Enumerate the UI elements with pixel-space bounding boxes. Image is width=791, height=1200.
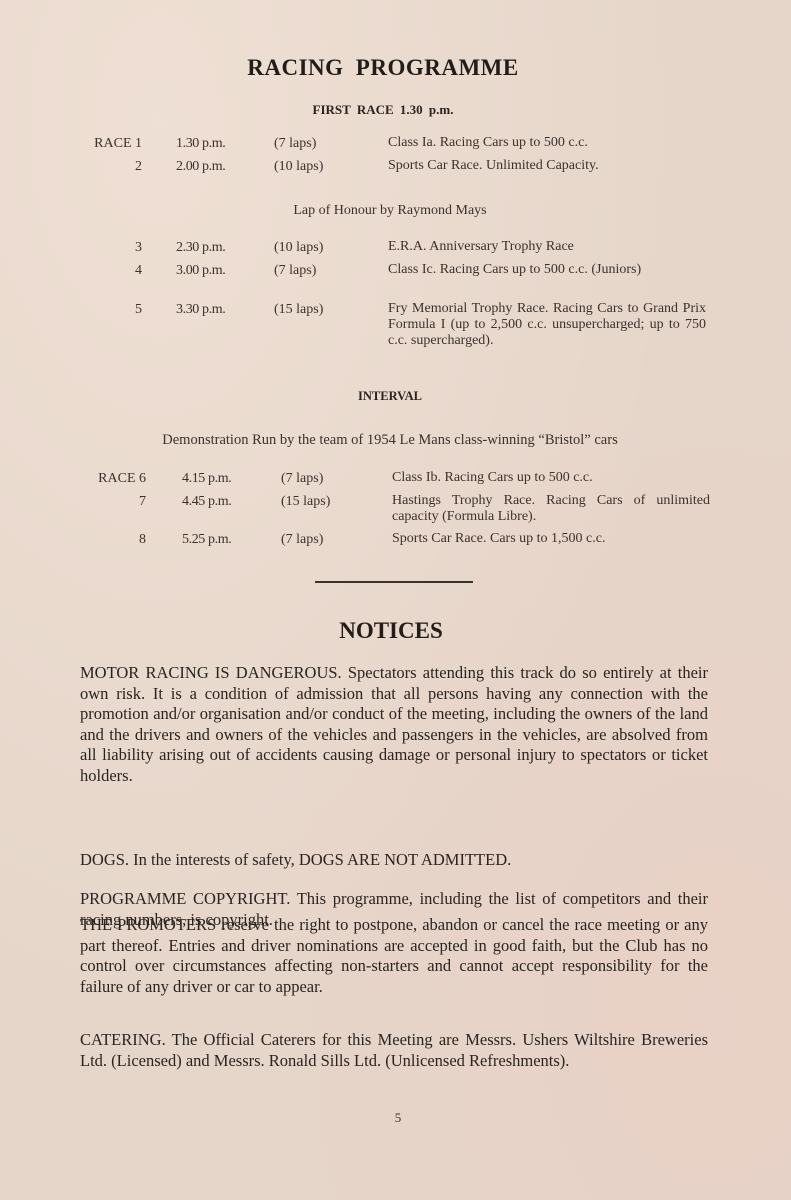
notices-heading: NOTICES: [0, 618, 782, 644]
race-time: 2.30 p.m.: [176, 239, 256, 256]
race-description: Sports Car Race. Unlimited Capacity.: [388, 158, 706, 174]
race-laps: (10 laps): [274, 239, 364, 256]
race-laps: (7 laps): [274, 262, 364, 279]
race-laps: (10 laps): [274, 158, 364, 175]
race-laps: (7 laps): [274, 135, 364, 152]
race-number: 7: [80, 493, 146, 510]
notice-dogs: DOGS. In the interests of safety, DOGS A…: [80, 850, 708, 871]
race-time: 5.25 p.m.: [182, 531, 262, 548]
race-number: RACE 6: [80, 470, 146, 487]
race-laps: (15 laps): [281, 493, 371, 510]
section-divider: [315, 581, 473, 583]
race-description: E.R.A. Anniversary Trophy Race: [388, 239, 706, 255]
race-time: 4.45 p.m.: [182, 493, 262, 510]
race-time: 2.00 p.m.: [176, 158, 256, 175]
race-laps: (15 laps): [274, 301, 364, 318]
race-description: Class Ic. Racing Cars up to 500 c.c. (Ju…: [388, 262, 706, 278]
race-number: 4: [72, 262, 142, 279]
interval-heading: INTERVAL: [0, 389, 780, 404]
race-number: 2: [72, 158, 142, 175]
race-time: 1.30 p.m.: [176, 135, 256, 152]
page-number: 5: [0, 1110, 791, 1126]
notice-catering: CATERING. The Official Caterers for this…: [80, 1030, 708, 1071]
race-description: Sports Car Race. Cars up to 1,500 c.c.: [392, 531, 710, 547]
notice-motor-racing-dangerous: MOTOR RACING IS DANGEROUS. Spectators at…: [80, 663, 708, 786]
programme-page: RACING PROGRAMME FIRST RACE 1.30 p.m. RA…: [0, 0, 791, 1200]
race-description: Fry Memorial Trophy Race. Racing Cars to…: [388, 301, 706, 349]
race-description: Class Ia. Racing Cars up to 500 c.c.: [388, 135, 706, 151]
page-title: RACING PROGRAMME: [0, 55, 766, 81]
first-race-time: FIRST RACE 1.30 p.m.: [0, 102, 766, 118]
race-time: 4.15 p.m.: [182, 470, 262, 487]
race-description: Hastings Trophy Race. Racing Cars of unl…: [392, 493, 710, 525]
demonstration-note: Demonstration Run by the team of 1954 Le…: [0, 432, 780, 449]
lap-of-honour-note: Lap of Honour by Raymond Mays: [0, 203, 780, 219]
notice-promoters: THE PROMOTERS reserve the right to postp…: [80, 915, 708, 997]
race-number: RACE 1: [72, 135, 142, 152]
race-laps: (7 laps): [281, 531, 371, 548]
race-laps: (7 laps): [281, 470, 371, 487]
race-number: 5: [72, 301, 142, 318]
race-time: 3.30 p.m.: [176, 301, 256, 318]
race-time: 3.00 p.m.: [176, 262, 256, 279]
race-number: 8: [80, 531, 146, 548]
race-description: Class Ib. Racing Cars up to 500 c.c.: [392, 470, 710, 486]
race-number: 3: [72, 239, 142, 256]
